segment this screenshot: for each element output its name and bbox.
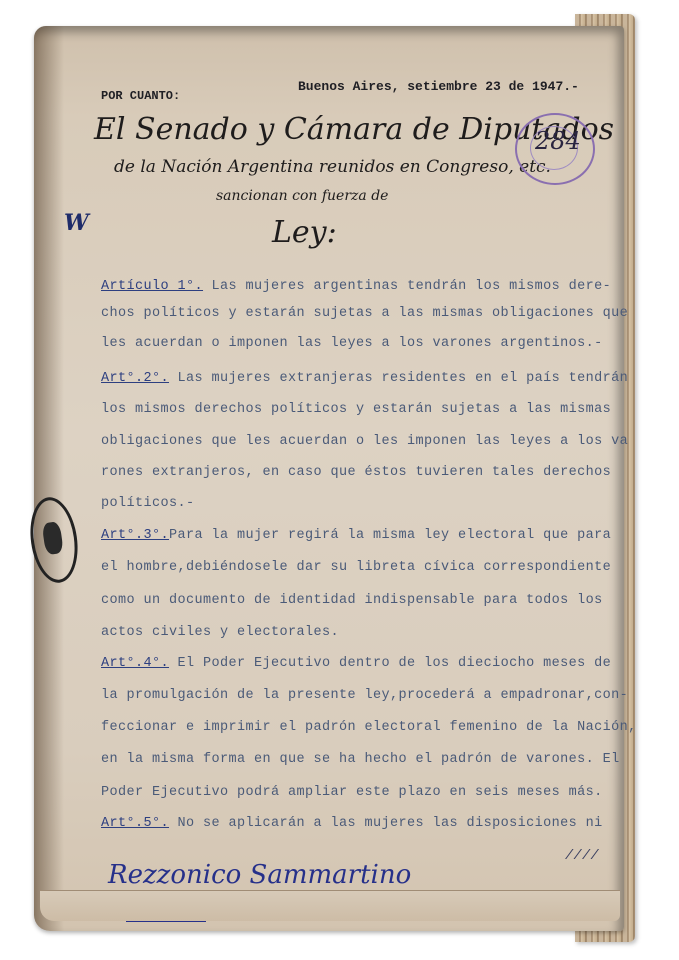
article-text-line: políticos.- bbox=[101, 496, 195, 511]
article-label: Art°.5°. bbox=[101, 816, 169, 831]
article-heading-line: Artículo 1°. Las mujeres argentinas tend… bbox=[101, 279, 611, 294]
por-cuanto-heading: POR CUANTO: bbox=[101, 89, 180, 103]
article-text-line: les acuerdan o imponen las leyes a los v… bbox=[101, 336, 603, 351]
title-sancionan: sancionan con fuerza de bbox=[216, 188, 388, 204]
article-text-line: el hombre,debiéndosele dar su libreta cí… bbox=[101, 560, 611, 575]
signature-underline bbox=[126, 921, 206, 922]
article-text: el hombre,debiéndosele dar su libreta cí… bbox=[101, 560, 611, 575]
page-bottom-edge bbox=[40, 890, 620, 921]
article-text-line: los mismos derechos políticos y estarán … bbox=[101, 402, 611, 417]
article-label: Artículo 1°. bbox=[101, 279, 203, 294]
article-text: rones extranjeros, en caso que éstos tuv… bbox=[101, 465, 611, 480]
article-label: Art°.2°. bbox=[101, 371, 169, 386]
registry-stamp-number: 284 bbox=[535, 127, 581, 155]
article-text: Las mujeres argentinas tendrán los mismo… bbox=[203, 279, 611, 294]
handwritten-signature: Rezzonico Sammartino bbox=[108, 860, 411, 890]
article-text: chos políticos y estarán sujetas a las m… bbox=[101, 306, 628, 321]
article-label: Art°.4°. bbox=[101, 656, 169, 671]
article-text: No se aplicarán a las mujeres las dispos… bbox=[169, 816, 603, 831]
title-ley: Ley: bbox=[272, 215, 337, 250]
article-text-line: chos políticos y estarán sujetas a las m… bbox=[101, 306, 628, 321]
article-text-line: feccionar e imprimir el padrón electoral… bbox=[101, 720, 637, 735]
article-text-line: obligaciones que les acuerdan o les impo… bbox=[101, 434, 628, 449]
article-text: Las mujeres extranjeras residentes en el… bbox=[169, 371, 628, 386]
place-date: Buenos Aires, setiembre 23 de 1947.- bbox=[298, 79, 579, 94]
continuation-mark: //// bbox=[565, 849, 599, 864]
article-label: Art°.3°. bbox=[101, 528, 169, 543]
registry-stamp: 284 bbox=[515, 113, 595, 185]
article-heading-line: Art°.2°. Las mujeres extranjeras residen… bbox=[101, 371, 628, 386]
article-text: la promulgación de la presente ley,proce… bbox=[101, 688, 628, 703]
article-text-line: rones extranjeros, en caso que éstos tuv… bbox=[101, 465, 611, 480]
article-heading-line: Art°.4°. El Poder Ejecutivo dentro de lo… bbox=[101, 656, 611, 671]
article-text-line: en la misma forma en que se ha hecho el … bbox=[101, 752, 620, 767]
coat-of-arms-icon bbox=[42, 521, 64, 555]
article-text: El Poder Ejecutivo dentro de los diecioc… bbox=[169, 656, 611, 671]
article-text-line: Poder Ejecutivo podrá ampliar este plazo… bbox=[101, 785, 603, 800]
article-text-line: como un documento de identidad indispens… bbox=[101, 593, 603, 608]
article-text: como un documento de identidad indispens… bbox=[101, 593, 603, 608]
article-text: políticos.- bbox=[101, 496, 195, 511]
article-text: obligaciones que les acuerdan o les impo… bbox=[101, 434, 628, 449]
article-text-line: la promulgación de la presente ley,proce… bbox=[101, 688, 628, 703]
article-text: Poder Ejecutivo podrá ampliar este plazo… bbox=[101, 785, 603, 800]
article-text: actos civiles y electorales. bbox=[101, 625, 339, 640]
article-text: les acuerdan o imponen las leyes a los v… bbox=[101, 336, 603, 351]
article-heading-line: Art°.3°.Para la mujer regirá la misma le… bbox=[101, 528, 611, 543]
article-text: los mismos derechos políticos y estarán … bbox=[101, 402, 611, 417]
title-nacion-argentina: de la Nación Argentina reunidos en Congr… bbox=[114, 157, 551, 177]
article-text: feccionar e imprimir el padrón electoral… bbox=[101, 720, 637, 735]
article-text: en la misma forma en que se ha hecho el … bbox=[101, 752, 620, 767]
article-text: Para la mujer regirá la misma ley electo… bbox=[169, 528, 611, 543]
margin-handwritten-mark: W bbox=[64, 210, 89, 236]
article-text-line: actos civiles y electorales. bbox=[101, 625, 339, 640]
article-heading-line: Art°.5°. No se aplicarán a las mujeres l… bbox=[101, 816, 603, 831]
